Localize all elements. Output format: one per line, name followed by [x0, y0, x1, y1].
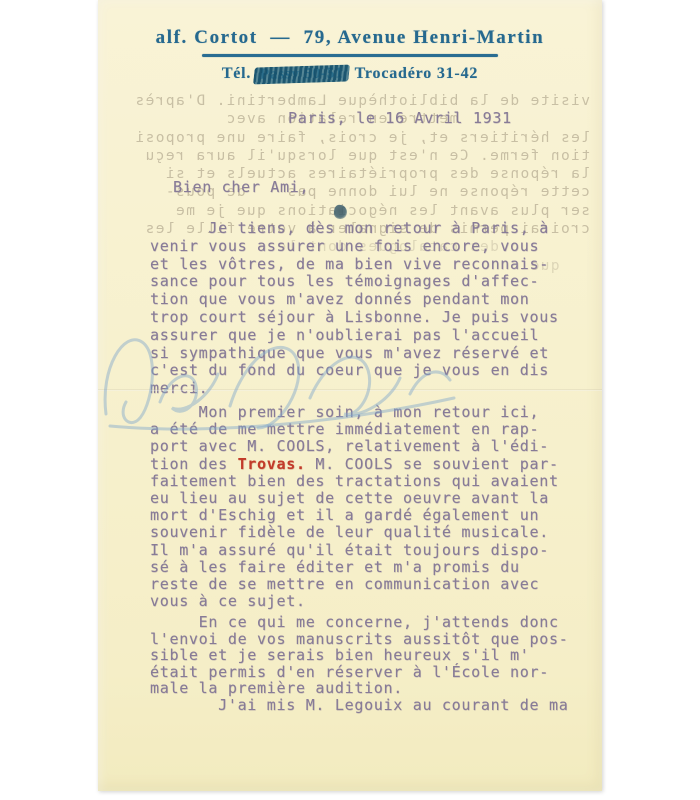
paragraph-3: En ce qui me concerne, j'attends donc l'…: [150, 614, 568, 714]
scanned-letter-page: { "document": { "letterhead": { "name": …: [0, 0, 700, 800]
phone-number: Trocadéro 31-42: [355, 65, 479, 82]
crossed-out-phone-number: Passy 50-51: [256, 64, 348, 83]
letterhead-rule: [202, 54, 498, 57]
letterhead-name-address: alf. Cortot — 79, Avenue Henri-Martin: [98, 27, 602, 49]
letter-paper: visite de la bibliothèque Lambertini. D'…: [98, 0, 602, 791]
ink-scribble-overlay: [253, 64, 350, 84]
letterhead-dash: —: [270, 27, 291, 48]
tel-label: Tél.: [222, 65, 251, 82]
letterhead: alf. Cortot — 79, Avenue Henri-Martin Té…: [98, 27, 602, 83]
salutation: Bien cher Ami,: [173, 178, 309, 196]
trovas-red-word: Trovas.: [238, 455, 306, 473]
ink-smudge: [333, 204, 348, 220]
paragraph-2: Mon premier soin, à mon retour ici, a ét…: [150, 404, 559, 610]
paragraph-2-text-continued: M. COOLS se souvient par- faitement bien…: [150, 455, 559, 611]
paragraph-1: Je tiens, dès mon retour à Paris, à veni…: [150, 220, 559, 398]
bleedthrough-line: tion ferme. Ce n'est que lorsqu'il aura …: [98, 147, 596, 165]
letterhead-telephone-line: Tél.Passy 50-51Trocadéro 31-42: [98, 65, 602, 83]
fold-crease: [98, 389, 602, 391]
letterhead-address: 79, Avenue Henri-Martin: [304, 27, 545, 48]
date-line: Paris, le 16 Avril 1931: [288, 109, 512, 127]
letterhead-name: alf. Cortot: [156, 27, 258, 48]
bleedthrough-line: visite de la bibliothèque Lambertini. D'…: [98, 92, 596, 110]
bleedthrough-line: les héritiers et, je crois, faire une pr…: [98, 129, 596, 147]
